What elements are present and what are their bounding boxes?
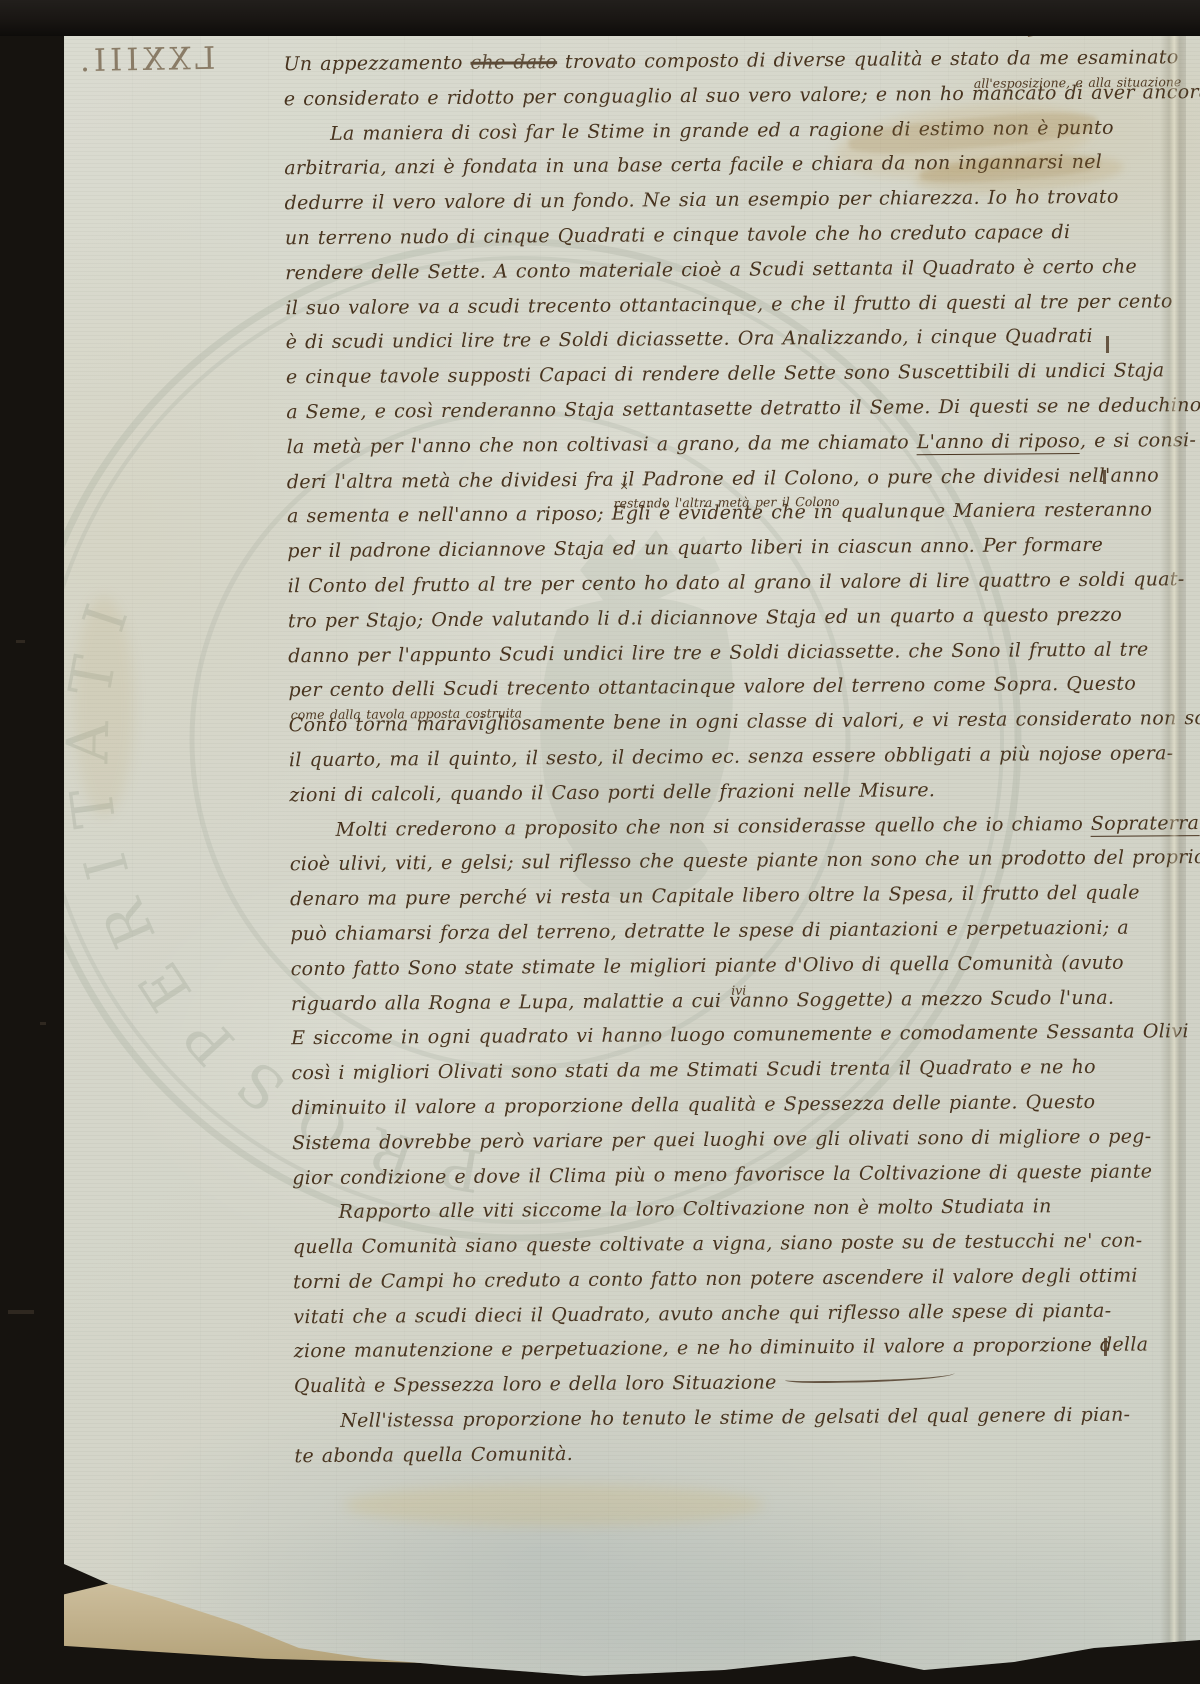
manuscript-text: riguardo alla Rogna e Lupa, malattie a c…	[291, 989, 729, 1014]
manuscript-line: Nell'istessa proporzione ho tenuto le st…	[294, 1398, 1114, 1439]
dirt-speck	[16, 640, 25, 643]
manuscript-text: e cinque tavole supposti Capaci di rende…	[286, 360, 1165, 389]
manuscript-text: zione manutenzione e perpetuazione, e ne…	[294, 1334, 1149, 1363]
interlinear-anchor: ivivanno	[729, 989, 789, 1011]
manuscript-text: così i migliori Olivati sono stati da me…	[291, 1056, 1096, 1084]
manuscript-text: Sistema dovrebbe però variare per quei l…	[292, 1125, 1152, 1154]
folio-number: LXXIII.	[76, 41, 216, 79]
manuscript-text: la metà per l'anno che non coltivasi a g…	[286, 431, 916, 458]
manuscript-text: dedurre il vero valore di un fondo. Ne s…	[285, 186, 1119, 215]
insertion-caret-mark: ×	[619, 470, 629, 505]
manuscript-text: Nell'istessa proporzione ho tenuto le st…	[340, 1404, 1130, 1432]
scan-black-border	[0, 0, 1200, 36]
manuscript-text: rendere delle Sette. A conto materiale c…	[285, 255, 1137, 284]
manuscript-text: e considerato e ridotto per conguaglio a…	[284, 83, 972, 110]
manuscript-text: è di scudi undici lire tre e Soldi dicia…	[286, 325, 1093, 353]
manuscript-text: cioè ulivi, viti, e gelsi; sul riflesso …	[290, 846, 1200, 875]
manuscript-line: il quarto, ma il quinto, il sesto, il de…	[289, 737, 1109, 778]
manuscript-text-block: Un appezzamento che dato trovato compost…	[283, 41, 1114, 1474]
manuscript-scan: PROSPERITATI LXXIII. 45 Un appezzamento …	[0, 0, 1200, 1684]
manuscript-text: Un appezzamento	[283, 52, 470, 75]
manuscript-line: zione manutenzione e perpetuazione, e ne…	[294, 1328, 1114, 1369]
manuscript-line: la metà per l'anno che non coltivasi a g…	[286, 424, 1106, 465]
manuscript-text: danno per l'appunto Scudi undici lire tr…	[288, 638, 1148, 667]
pen-flourish	[785, 1368, 955, 1383]
manuscript-page: PROSPERITATI LXXIII. 45 Un appezzamento …	[64, 36, 1200, 1684]
manuscript-text: Qualità e Spessezza loro e della loro Si…	[294, 1372, 777, 1398]
margin-tick	[1104, 1338, 1107, 1356]
manuscript-text: E siccome in ogni quadrato vi hanno luog…	[291, 1020, 1189, 1049]
margin-tick	[1103, 470, 1106, 484]
manuscript-text: Rapporto alle viti siccome la loro Colti…	[338, 1196, 1051, 1224]
interlinear-insertion: restando l'altra metà per il Colono	[614, 495, 840, 510]
manuscript-line: rendere delle Sette. A conto materiale c…	[285, 250, 1105, 291]
manuscript-text: zioni di calcoli, quando il Caso porti d…	[289, 779, 935, 806]
manuscript-text: te abonda quella Comunità.	[294, 1443, 573, 1467]
paper-stain	[344, 1484, 764, 1526]
manuscript-text: a Seme, e così renderanno Staja settanta…	[286, 394, 1200, 423]
manuscript-text: vitati che a scudi dieci il Quadrato, av…	[293, 1299, 1111, 1327]
interlinear-anchor: come dalla tavola apposta costruitaConto…	[289, 707, 1200, 736]
manuscript-text: torni de Campi ho creduto a conto fatto …	[293, 1264, 1138, 1293]
interlinear-insertion: come dalla tavola apposta costruita	[291, 707, 523, 722]
interlinear-insertion: ivi	[731, 983, 746, 996]
manuscript-text: Soggette) a mezzo Scudo l'una.	[789, 986, 1115, 1011]
manuscript-text: denaro ma pure perché vi resta un Capita…	[290, 882, 1140, 911]
manuscript-text: il Conto del frutto al tre per cento ho …	[288, 568, 1185, 597]
manuscript-text: per il padrone diciannove Staja ed un qu…	[287, 534, 1103, 562]
manuscript-text: un terreno nudo di cinque Quadrati e cin…	[285, 221, 1071, 249]
struck-out-text: che dato	[470, 51, 557, 74]
underlined-text: L'anno di riposo	[917, 430, 1080, 455]
manuscript-text: trovato composto di diverse qualità e st…	[557, 46, 1179, 73]
manuscript-text: il suo valore va a scudi trecento ottant…	[285, 290, 1172, 319]
manuscript-text: a sementa e nell'anno a riposo;	[287, 503, 612, 528]
manuscript-text: Molti crederono a proposito che non si c…	[335, 812, 1090, 840]
manuscript-text: tro per Stajo; Onde valutando li d.i dic…	[288, 603, 1122, 632]
manuscript-line: tro per Stajo; Onde valutando li d.i dic…	[288, 598, 1108, 639]
manuscript-text: gior condizione e dove il Clima più o me…	[292, 1160, 1152, 1189]
manuscript-line: te abonda quella Comunità.	[294, 1433, 1114, 1474]
manuscript-text: per cento delli Scudi trecento ottantaci…	[288, 673, 1136, 702]
interlinear-insertion: all'esposizione, e alla situazione	[974, 75, 1181, 90]
manuscript-line: Sistema dovrebbe però variare per quei l…	[292, 1119, 1112, 1160]
page-edge-crease	[1160, 36, 1186, 1684]
margin-tick	[1106, 336, 1109, 353]
manuscript-text: quella Comunità siano queste coltivate a…	[293, 1230, 1143, 1259]
manuscript-line: torni de Campi ho creduto a conto fatto …	[293, 1259, 1113, 1300]
manuscript-text: può chiamarsi forza del terreno, detratt…	[290, 917, 1129, 946]
interlinear-anchor: restando l'altra metà per il Colono×Egli…	[612, 499, 1153, 525]
dirt-speck	[40, 1022, 46, 1025]
manuscript-line: conto fatto Sono state stimate le miglio…	[291, 945, 1111, 986]
paper-stain	[74, 596, 134, 816]
manuscript-line: e considerato e ridotto per conguaglio a…	[284, 76, 1104, 117]
manuscript-text: conto fatto Sono state stimate le miglio…	[291, 951, 1124, 980]
dirt-speck	[8, 1310, 34, 1314]
manuscript-text: diminuito il valore a proporzione della …	[292, 1091, 1096, 1119]
manuscript-text: il quarto, ma il quinto, il sesto, il de…	[289, 742, 1174, 771]
manuscript-text: deri l'altra metà che dividesi fra il Pa…	[287, 464, 1159, 493]
